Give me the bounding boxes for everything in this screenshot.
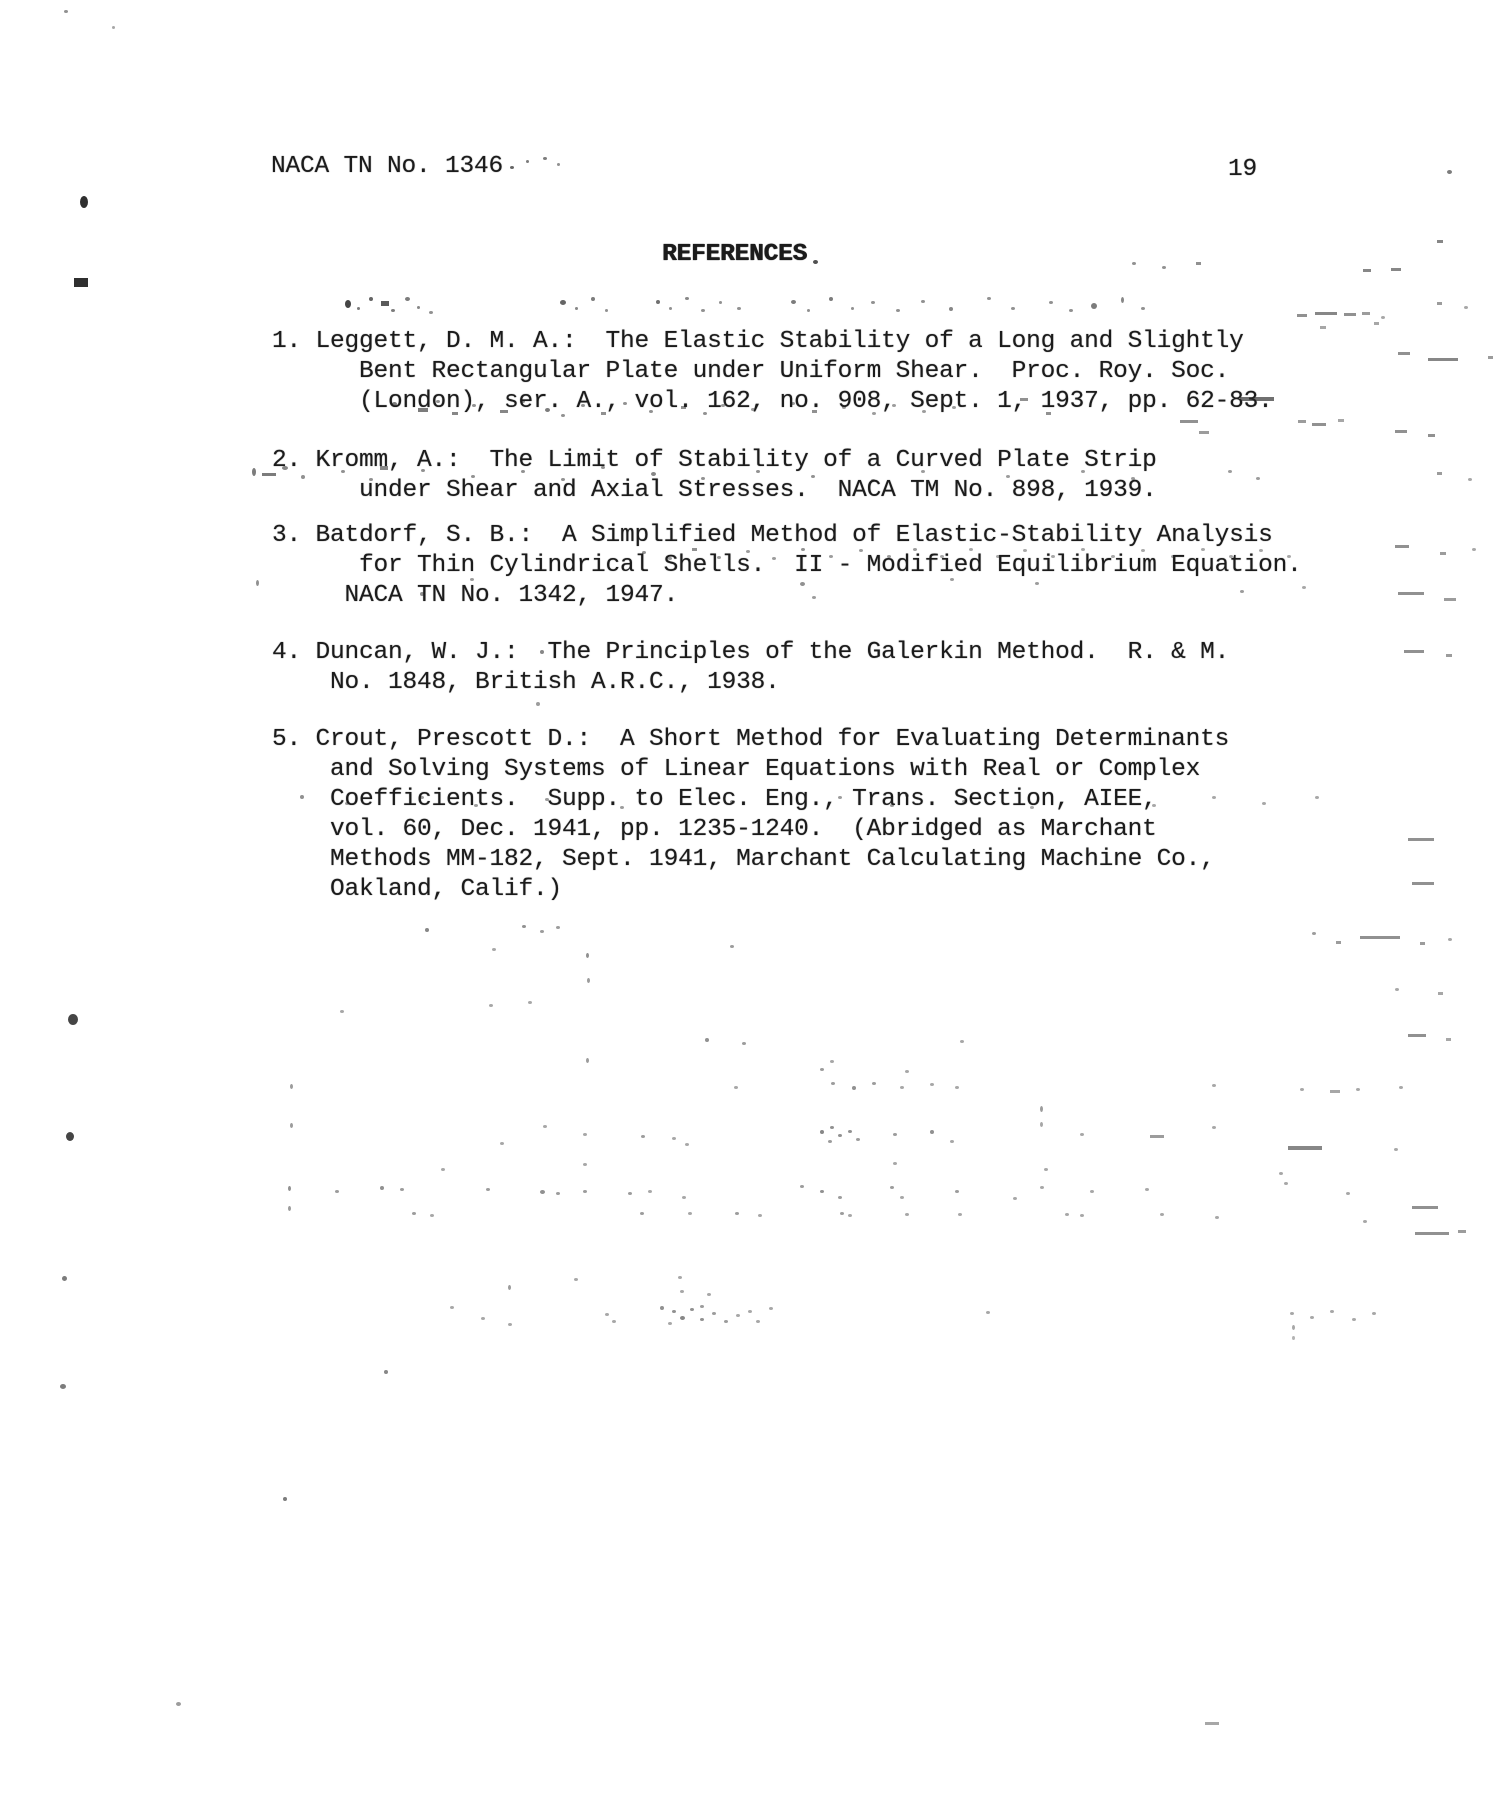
scan-speck: [583, 1163, 587, 1166]
scan-speck: [1336, 941, 1341, 944]
scan-speck: [583, 1190, 587, 1193]
scan-speck: [1344, 313, 1356, 316]
scan-speck: [688, 1212, 692, 1215]
scan-speck: [510, 166, 514, 169]
scan-speck: [1312, 932, 1316, 935]
scan-speck: [450, 1306, 454, 1309]
scan-speck: [890, 1186, 894, 1189]
scan-speck: [1315, 796, 1319, 799]
scan-speck: [575, 307, 578, 310]
scan-speck: [1472, 548, 1476, 551]
scan-speck: [649, 410, 653, 413]
scan-speck: [986, 1311, 990, 1314]
scan-speck: [1398, 592, 1424, 595]
scan-speck: [1464, 306, 1468, 309]
scan-speck: [508, 1285, 511, 1290]
scan-speck: [1011, 307, 1015, 310]
scan-speck: [1446, 654, 1452, 657]
scan-speck: [1420, 942, 1425, 945]
scan-speck: [540, 930, 544, 933]
scan-speck: [1288, 1146, 1322, 1150]
scan-speck: [859, 549, 863, 552]
scan-speck: [648, 1190, 652, 1193]
scan-speck: [640, 1212, 644, 1215]
reference-item-4: 4. Duncan, W. J.: The Principles of the …: [272, 638, 1229, 698]
scan-speck: [521, 400, 525, 403]
scan-speck: [1300, 1088, 1304, 1091]
scan-speck: [769, 1307, 773, 1310]
scan-speck: [557, 163, 560, 166]
scan-speck: [380, 1186, 384, 1190]
scan-speck: [1065, 1213, 1069, 1216]
scan-speck: [1330, 1310, 1334, 1313]
scan-speck: [887, 555, 891, 558]
scan-speck: [680, 1316, 685, 1320]
scan-speck: [801, 548, 805, 551]
scan-speck: [730, 800, 735, 804]
scan-speck: [1320, 326, 1326, 329]
scan-speck: [1360, 936, 1400, 939]
scan-speck: [905, 794, 909, 797]
scan-speck: [252, 468, 256, 476]
scan-speck: [282, 466, 288, 470]
scan-speck: [807, 309, 810, 312]
scan-speck: [842, 406, 846, 409]
scan-speck: [66, 1132, 74, 1141]
scan-speck: [1081, 548, 1085, 551]
scan-speck: [1391, 268, 1401, 271]
scan-speck: [852, 1086, 856, 1090]
scan-speck: [301, 475, 305, 479]
scan-speck: [930, 1130, 934, 1134]
scan-speck: [1284, 1182, 1288, 1185]
scan-speck: [856, 1138, 860, 1141]
scan-speck: [955, 1190, 959, 1193]
scan-speck: [930, 1083, 934, 1086]
scan-speck: [500, 1142, 504, 1145]
scan-speck: [1447, 170, 1452, 174]
scan-speck: [1437, 240, 1443, 243]
page-number: 19: [1228, 155, 1257, 185]
scan-speck: [1240, 590, 1244, 593]
scan-speck: [905, 1070, 909, 1073]
scan-speck: [1212, 1084, 1216, 1087]
scan-speck: [601, 466, 605, 469]
scan-speck: [472, 404, 476, 407]
scan-speck: [586, 953, 589, 958]
scan-speck: [656, 300, 660, 304]
scan-speck: [791, 300, 796, 304]
scan-speck: [829, 297, 833, 301]
scan-speck: [481, 1317, 485, 1320]
scan-speck: [486, 1188, 490, 1191]
reference-item-5: 5. Crout, Prescott D.: A Short Method fo…: [272, 725, 1229, 905]
scan-speck: [678, 1276, 682, 1279]
scan-speck: [642, 551, 646, 554]
scan-speck: [748, 1310, 752, 1313]
scan-speck: [620, 806, 624, 809]
scan-speck: [345, 300, 351, 308]
scan-speck: [692, 548, 697, 551]
scan-speck: [701, 477, 705, 480]
scan-speck: [705, 1038, 709, 1042]
scan-speck: [921, 300, 925, 303]
scan-speck: [893, 1133, 897, 1136]
scan-speck: [962, 800, 966, 803]
scan-speck: [1256, 477, 1260, 480]
scan-speck: [1141, 307, 1145, 310]
scan-speck: [528, 1001, 532, 1004]
scan-speck: [734, 1086, 738, 1089]
scan-speck: [717, 556, 721, 559]
scan-speck: [1051, 555, 1055, 558]
scan-speck: [489, 1004, 493, 1007]
scan-speck: [1228, 470, 1232, 473]
scan-speck: [545, 408, 550, 412]
scan-speck: [1212, 1126, 1216, 1129]
scan-speck: [62, 1276, 67, 1281]
scan-speck: [381, 301, 389, 306]
scan-speck: [668, 1322, 672, 1325]
scan-speck: [380, 466, 388, 470]
scan-speck: [746, 550, 750, 553]
scan-speck: [1006, 475, 1010, 478]
scan-speck: [703, 412, 707, 415]
scan-speck: [391, 309, 395, 312]
scan-speck: [700, 1305, 704, 1308]
scan-speck: [421, 469, 425, 472]
scan-speck: [591, 297, 595, 301]
scan-speck: [429, 311, 433, 314]
scan-speck: [64, 10, 68, 13]
scan-speck: [1171, 555, 1175, 558]
scan-speck: [742, 1042, 746, 1045]
scan-speck: [392, 402, 397, 406]
scan-speck: [1415, 1232, 1449, 1235]
scan-speck: [960, 1040, 964, 1043]
scan-speck: [701, 309, 705, 312]
scan-speck: [851, 307, 854, 310]
scan-speck: [581, 404, 585, 407]
scan-speck: [1212, 796, 1216, 799]
scan-speck: [545, 798, 549, 801]
scan-speck: [283, 1497, 287, 1501]
scan-speck: [682, 1196, 686, 1199]
scan-speck: [1092, 798, 1096, 801]
scan-speck: [700, 1318, 704, 1321]
scan-speck: [922, 410, 926, 413]
scan-speck: [1023, 549, 1027, 552]
scan-speck: [561, 414, 565, 417]
scan-speck: [800, 582, 805, 586]
scan-speck: [831, 1082, 835, 1085]
scan-speck: [1049, 301, 1053, 304]
scan-speck: [1395, 545, 1409, 548]
scan-speck: [288, 1206, 291, 1211]
scan-speck: [969, 548, 973, 551]
scan-speck: [441, 1168, 445, 1171]
scan-speck: [1046, 412, 1051, 415]
scan-speck: [470, 578, 474, 581]
scan-speck: [1292, 1336, 1295, 1340]
scan-speck: [452, 412, 458, 415]
report-id-header: NACA TN No. 1346: [271, 152, 503, 182]
scan-speck: [1408, 838, 1434, 841]
scan-speck: [872, 412, 876, 415]
scan-speck: [952, 406, 956, 409]
scan-speck: [430, 1214, 434, 1217]
scan-speck: [685, 297, 689, 300]
scan-speck: [1363, 269, 1371, 272]
scan-speck: [735, 1212, 739, 1215]
scan-speck: [1468, 478, 1472, 481]
scan-speck: [828, 1140, 832, 1143]
scan-speck: [651, 472, 656, 476]
scan-speck: [1297, 314, 1307, 317]
scan-speck: [474, 804, 478, 807]
scan-speck: [1338, 419, 1344, 422]
scan-speck: [335, 1190, 339, 1193]
scan-speck: [587, 978, 590, 983]
scan-speck: [707, 1293, 711, 1296]
scan-speck: [890, 804, 894, 807]
scan-speck: [772, 557, 776, 560]
scan-speck: [820, 1068, 824, 1071]
scan-speck: [669, 307, 672, 310]
scan-speck: [1437, 302, 1442, 305]
scan-speck: [950, 1140, 954, 1143]
scan-speck: [1412, 882, 1434, 885]
scan-speck: [288, 1186, 291, 1191]
scan-speck: [1458, 1230, 1466, 1233]
scan-speck: [605, 309, 608, 312]
scan-speck: [405, 297, 410, 301]
scan-speck: [1363, 1220, 1367, 1223]
scan-speck: [681, 406, 686, 409]
scan-speck: [871, 479, 875, 482]
scan-speck: [400, 1188, 404, 1191]
scan-speck: [561, 478, 565, 481]
scan-speck: [737, 307, 741, 310]
scan-speck: [1035, 582, 1039, 585]
document-page: NACA TN No. 1346 19 REFERENCES 1. Legget…: [0, 0, 1500, 1797]
reference-item-2: 2. Kromm, A.: The Limit of Stability of …: [272, 446, 1157, 506]
scan-speck: [1395, 988, 1399, 991]
scan-speck: [893, 1162, 897, 1165]
scan-speck: [940, 555, 944, 558]
scan-speck: [1020, 398, 1028, 401]
scan-speck: [256, 580, 259, 586]
scan-speck: [543, 157, 547, 160]
scan-speck: [80, 196, 88, 208]
scan-speck: [540, 1190, 545, 1194]
scan-speck: [1352, 1318, 1356, 1321]
scan-speck: [724, 1320, 728, 1323]
scan-speck: [543, 1125, 547, 1128]
scan-speck: [668, 557, 672, 560]
references-section-title: REFERENCES: [662, 240, 807, 270]
scan-speck: [612, 1320, 616, 1323]
scan-speck: [758, 1214, 762, 1217]
scan-speck: [913, 548, 917, 551]
scan-speck: [1374, 322, 1379, 325]
scan-speck: [820, 1190, 824, 1193]
scan-speck: [1262, 802, 1266, 805]
scan-speck: [556, 1192, 560, 1195]
scan-speck: [756, 470, 760, 473]
scan-speck: [1292, 1325, 1295, 1330]
scan-speck: [751, 408, 755, 411]
scan-speck: [1290, 1312, 1294, 1315]
scan-speck: [958, 1213, 962, 1216]
scan-speck: [690, 1308, 694, 1311]
scan-speck: [736, 1314, 740, 1317]
scan-speck: [1408, 1034, 1426, 1037]
scan-speck: [1080, 1133, 1084, 1136]
scan-speck: [830, 1060, 834, 1063]
scan-speck: [500, 410, 508, 413]
scan-speck: [949, 307, 953, 311]
scan-speck: [640, 792, 644, 795]
scan-speck: [1287, 555, 1291, 558]
scan-speck: [420, 592, 424, 596]
scan-speck: [436, 400, 440, 403]
scan-speck: [586, 1058, 589, 1063]
scan-speck: [300, 795, 304, 799]
scan-speck: [1013, 1197, 1017, 1200]
scan-speck: [1162, 266, 1166, 269]
scan-speck: [848, 1214, 852, 1217]
scan-speck: [1437, 472, 1442, 475]
scan-speck: [60, 1384, 66, 1389]
scan-speck: [290, 1123, 293, 1128]
scan-speck: [471, 475, 475, 478]
scan-speck: [623, 402, 627, 405]
scan-speck: [900, 1086, 904, 1089]
scan-speck: [1040, 1186, 1044, 1189]
scan-speck: [660, 1306, 664, 1310]
scan-speck: [583, 1133, 587, 1136]
scan-speck: [756, 1320, 760, 1323]
scan-speck: [176, 1702, 181, 1706]
scan-speck: [1428, 358, 1458, 361]
scan-speck: [1160, 1213, 1164, 1216]
scan-speck: [1069, 309, 1073, 312]
scan-speck: [1428, 434, 1435, 437]
scan-speck: [290, 1084, 293, 1089]
scan-speck: [955, 1086, 959, 1089]
scan-speck: [1150, 1135, 1164, 1138]
scan-speck: [369, 297, 373, 301]
scan-speck: [1111, 555, 1115, 558]
scan-speck: [369, 478, 373, 481]
scan-speck: [1381, 316, 1385, 319]
scan-speck: [536, 702, 540, 706]
scan-speck: [1310, 1316, 1314, 1319]
scan-speck: [1229, 555, 1233, 558]
scan-speck: [996, 555, 1000, 558]
scan-speck: [1030, 806, 1034, 809]
scan-speck: [672, 1137, 676, 1140]
scan-speck: [1412, 1206, 1438, 1209]
scan-speck: [112, 26, 115, 29]
reference-item-1: 1. Leggett, D. M. A.: The Elastic Stabil…: [272, 327, 1273, 417]
scan-speck: [1040, 1106, 1043, 1112]
scan-speck: [1201, 548, 1205, 551]
scan-speck: [900, 1196, 904, 1199]
scan-speck: [1444, 598, 1456, 601]
scan-speck: [1315, 312, 1337, 315]
scan-speck: [1141, 549, 1145, 552]
scan-speck: [896, 309, 900, 312]
scan-speck: [384, 1370, 388, 1374]
scan-speck: [641, 1135, 645, 1138]
scan-speck: [800, 1185, 804, 1188]
scan-speck: [1446, 1038, 1451, 1041]
scan-speck: [420, 796, 424, 799]
scan-speck: [1152, 804, 1156, 807]
scan-speck: [1205, 1722, 1219, 1725]
scan-speck: [417, 306, 420, 309]
reference-item-3: 3. Batdorf, S. B.: A Simplified Method o…: [272, 521, 1302, 611]
scan-speck: [848, 1130, 852, 1133]
scan-speck: [1132, 262, 1136, 265]
scan-speck: [1131, 477, 1135, 480]
scan-speck: [1091, 303, 1097, 309]
scan-speck: [1399, 1086, 1403, 1089]
scan-speck: [492, 948, 496, 951]
scan-speck: [719, 301, 722, 304]
scan-speck: [1180, 420, 1198, 423]
scan-speck: [522, 925, 526, 928]
scan-speck: [341, 470, 345, 473]
scan-speck: [412, 1212, 416, 1215]
scan-speck: [1362, 312, 1370, 315]
scan-speck: [1346, 1192, 1350, 1195]
scan-speck: [838, 1196, 842, 1199]
scan-speck: [262, 473, 276, 476]
scan-speck: [1279, 1172, 1283, 1175]
scan-speck: [1488, 356, 1493, 359]
scan-speck: [628, 1192, 632, 1195]
scan-speck: [340, 1010, 344, 1013]
scan-speck: [508, 1323, 512, 1326]
scan-speck: [1044, 1168, 1048, 1171]
scan-speck: [812, 596, 816, 599]
scan-speck: [1372, 1312, 1376, 1315]
scan-speck: [829, 555, 833, 558]
scan-speck: [1404, 650, 1424, 653]
scan-speck: [892, 404, 896, 407]
scan-speck: [1394, 1148, 1398, 1151]
scan-speck: [872, 1082, 876, 1085]
scan-speck: [721, 404, 725, 407]
scan-speck: [1395, 430, 1407, 433]
scan-speck: [540, 650, 544, 654]
scan-speck: [601, 412, 606, 415]
scan-speck: [840, 1212, 844, 1215]
scan-speck: [74, 278, 88, 287]
scan-speck: [521, 470, 525, 473]
scan-speck: [357, 307, 360, 310]
scan-speck: [680, 1290, 684, 1293]
scan-speck: [820, 1130, 824, 1134]
scan-speck: [791, 402, 795, 405]
scan-speck: [1199, 431, 1209, 434]
scan-speck: [811, 475, 815, 478]
scan-speck: [1040, 1122, 1043, 1127]
scan-speck: [1196, 262, 1201, 265]
